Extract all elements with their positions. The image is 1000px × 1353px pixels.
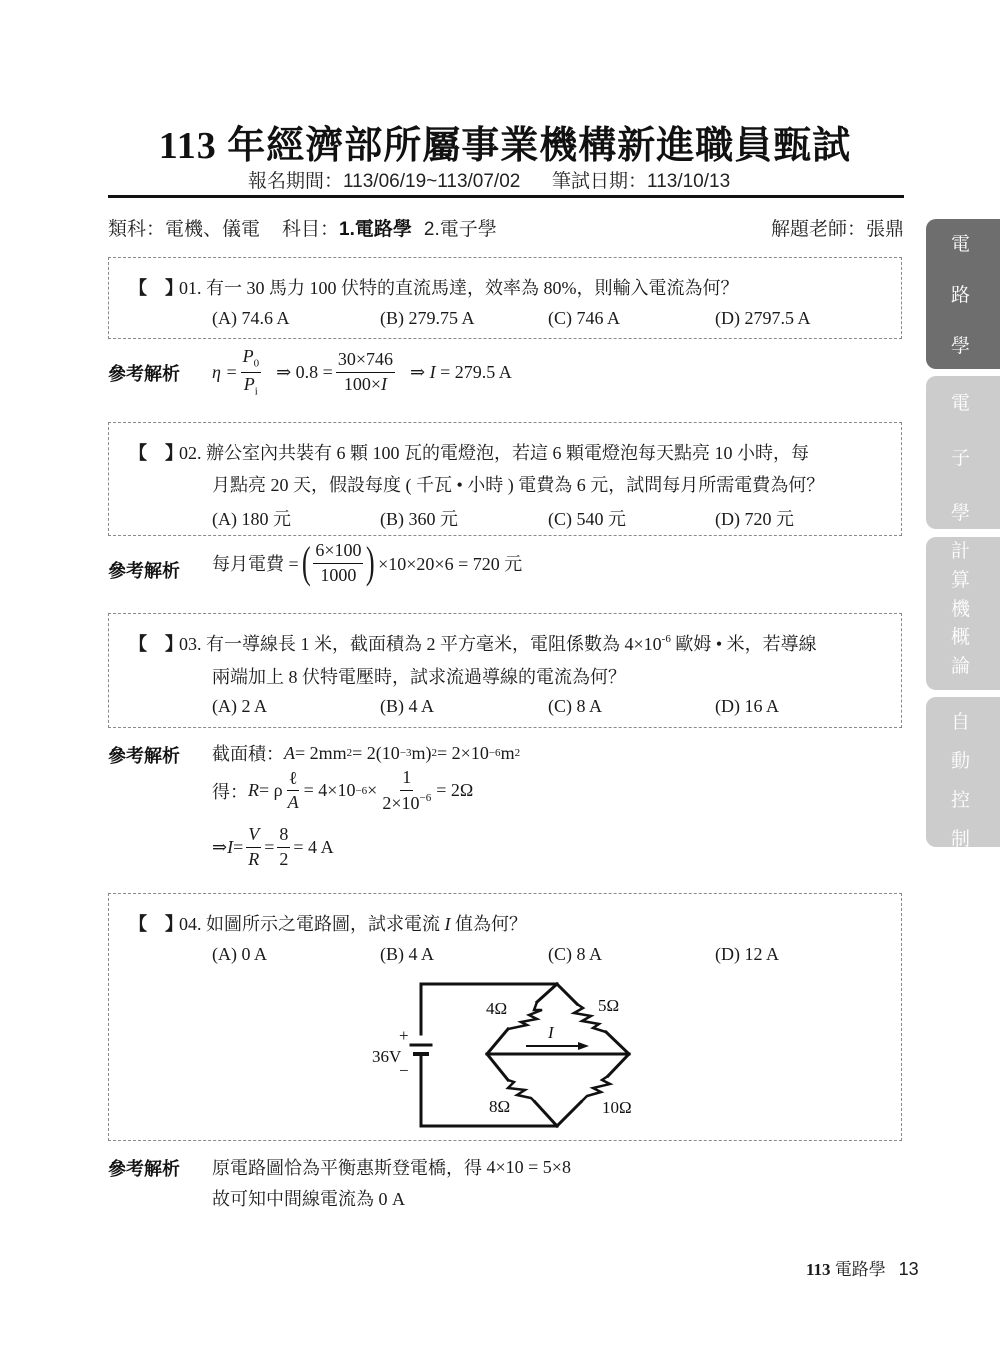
p0: P	[243, 346, 254, 366]
solution-01: η = P0Pi ⇒ 0.8 = 30×746100×I ⇒ I = 279.5…	[212, 346, 512, 399]
numerator: V	[248, 824, 259, 844]
var-r: R	[248, 780, 259, 801]
subject-2: 2.電子學	[424, 219, 497, 240]
solution-04-line2: 故可知中間線電流為 0 A	[212, 1185, 405, 1211]
t: = ρ	[259, 780, 283, 801]
option-b[interactable]: (B) 4 A	[380, 696, 434, 717]
t: = 2mm	[295, 743, 347, 764]
option-d[interactable]: (D) 2797.5 A	[715, 308, 811, 329]
question-text: 【 】01. 有一 30 馬力 100 伏特的直流馬達，效率為 80%，則輸入電…	[129, 274, 739, 300]
sub: i	[255, 385, 258, 397]
suffix: ×10×20×6 = 720 元	[378, 550, 522, 576]
option-c[interactable]: (C) 540 元	[548, 505, 626, 531]
wheatstone-bridge-circuit: 4Ω 5Ω 8Ω 10Ω I 36V + −	[361, 972, 651, 1132]
option-b[interactable]: (B) 4 A	[380, 944, 434, 965]
question-number: 03.	[179, 634, 202, 654]
t: m)	[412, 743, 432, 764]
result: = 2Ω	[436, 780, 473, 801]
tab-char: 論	[943, 656, 983, 679]
page-number: 13	[899, 1259, 919, 1279]
denominator: 2×10	[382, 793, 419, 813]
question-line: 辦公室內共裝有 6 顆 100 瓦的電燈泡，若這 6 顆電燈泡每天點亮 10 小…	[206, 443, 809, 463]
solution-label: 參考解析	[108, 742, 180, 768]
tab-char: 算	[943, 570, 983, 593]
option-c[interactable]: (C) 8 A	[548, 944, 602, 965]
tab-char: 機	[943, 599, 983, 622]
t: 故可知中間線電流為 0 A	[212, 1185, 405, 1211]
equation: 4×10 = 5×8	[487, 1157, 571, 1178]
resistor-8ohm	[508, 1080, 535, 1102]
solution-label: 參考解析	[108, 360, 180, 386]
right-paren: )	[366, 541, 375, 585]
exp: −6	[355, 785, 367, 797]
question-line: 有一導線長 1 米，截面積為 2 平方毫米，電阻係數為 4×10	[206, 634, 662, 654]
solution-04-line1: 原電路圖恰為平衡惠斯登電橋，得 4×10 = 5×8	[212, 1154, 571, 1180]
question-text: 【 】02. 辦公室內共裝有 6 顆 100 瓦的電燈泡，若這 6 顆電燈泡每天…	[129, 439, 809, 465]
exam-schedule: 報名期間：113/06/19~113/07/02 筆試日期：113/10/13	[248, 166, 730, 193]
exponent: -6	[662, 633, 671, 645]
tab-automatic-control[interactable]: 自 動 控 制	[926, 697, 1000, 847]
label-plus: +	[399, 1026, 409, 1045]
question-line: 值為何？	[455, 914, 527, 934]
denominator: R	[248, 849, 259, 869]
registration-label: 報名期間：	[248, 171, 343, 192]
question-line: 如圖所示之電路圖，試求電流	[206, 914, 440, 934]
question-line: 有一 30 馬力 100 伏特的直流馬達，效率為 80%，則輸入電流為何？	[206, 278, 739, 298]
t: =	[264, 837, 274, 858]
step2: ⇒ 0.8 =	[276, 362, 333, 383]
tab-char: 學	[943, 331, 983, 358]
fraction: ℓA	[286, 768, 301, 814]
option-c[interactable]: (C) 746 A	[548, 308, 620, 329]
category-subject: 類科：電機、儀電科目：1.電路學2.電子學	[108, 214, 497, 241]
tab-char: 概	[943, 627, 983, 650]
numerator: 1	[400, 767, 413, 791]
exam-date-label: 筆試日期：	[552, 171, 647, 192]
fraction: P0Pi	[241, 346, 262, 399]
option-b[interactable]: (B) 360 元	[380, 505, 458, 531]
t: = 2(10	[352, 743, 400, 764]
option-c[interactable]: (C) 8 A	[548, 696, 602, 717]
exp: −3	[400, 747, 412, 759]
footer-book: 113	[806, 1260, 831, 1279]
eta: η =	[212, 362, 238, 383]
denominator: A	[288, 792, 299, 812]
var-i: I	[445, 914, 451, 934]
sub: 0	[254, 358, 260, 370]
var-a: A	[284, 743, 295, 764]
t: = 4×10	[304, 780, 356, 801]
exp: −6	[419, 792, 431, 804]
tab-char: 電	[943, 229, 983, 256]
option-a[interactable]: (A) 2 A	[212, 696, 267, 717]
option-b[interactable]: (B) 279.75 A	[380, 308, 475, 329]
teacher-name: 張鼎	[866, 219, 904, 240]
header-rule	[108, 195, 904, 198]
question-box-04: 【 】04. 如圖所示之電路圖，試求電流 I 值為何？ (A) 0 A (B) …	[108, 893, 902, 1141]
option-a[interactable]: (A) 74.6 A	[212, 308, 290, 329]
answer-bracket: 【 】	[129, 910, 179, 936]
question-box-01: 【 】01. 有一 30 馬力 100 伏特的直流馬達，效率為 80%，則輸入電…	[108, 257, 902, 339]
solution-03-line2: 得： R = ρ ℓA = 4×10−6 × 12×10−6 = 2Ω	[212, 767, 473, 814]
answer-bracket: 【 】	[129, 630, 179, 656]
denominator: 1000	[318, 564, 358, 587]
fraction: 12×10−6	[380, 767, 433, 814]
t: 原電路圖恰為平衡惠斯登電橋，得	[212, 1154, 482, 1180]
t: ×	[367, 780, 377, 801]
solution-03-line3: ⇒ I = VR = 82 = 4 A	[212, 824, 334, 870]
label-5ohm: 5Ω	[598, 996, 619, 1015]
numerator: 8	[277, 824, 290, 848]
registration-period: 113/06/19~113/07/02	[343, 171, 520, 192]
tab-char: 自	[943, 707, 983, 734]
teacher-label: 解題老師：	[771, 219, 866, 240]
solution-label: 參考解析	[108, 557, 180, 583]
label: 截面積：	[212, 740, 284, 766]
solution-03-line1: 截面積： A = 2mm2 = 2(10−3m)2 = 2×10−6m2	[212, 740, 520, 766]
label-4ohm: 4Ω	[486, 999, 507, 1018]
answer-bracket: 【 】	[129, 439, 179, 465]
tab-char: 動	[943, 746, 983, 773]
den-var: I	[381, 374, 387, 394]
question-text: 【 】03. 有一導線長 1 米，截面積為 2 平方毫米，電阻係數為 4×10-…	[129, 630, 817, 656]
t: =	[233, 837, 243, 858]
exam-date: 113/10/13	[647, 171, 730, 192]
numerator: 30×746	[336, 349, 395, 373]
tab-circuits[interactable]: 電 路 學	[926, 219, 1000, 369]
tab-char: 路	[943, 280, 983, 307]
fraction: 82	[277, 824, 290, 870]
question-line: 月點亮 20 天，假設每度 ( 千瓦 • 小時 ) 電費為 6 元，試問每月所需…	[212, 471, 824, 497]
question-number: 01.	[179, 278, 202, 298]
label-10ohm: 10Ω	[602, 1098, 632, 1117]
label-minus: −	[399, 1061, 409, 1080]
footer-subject: 電路學	[835, 1260, 886, 1279]
denominator: 2	[277, 848, 290, 871]
tab-char: 計	[943, 541, 983, 564]
answer-bracket: 【 】	[129, 274, 179, 300]
pi: P	[244, 374, 255, 394]
implies: ⇒	[212, 837, 227, 858]
category: 電機、儀電	[165, 219, 260, 240]
t: = 2×10	[437, 743, 489, 764]
question-line: 歐姆 • 米，若導線	[671, 634, 817, 654]
left-paren: (	[302, 541, 311, 585]
tab-char: 制	[943, 824, 983, 851]
den: 100×	[344, 374, 381, 394]
option-a[interactable]: (A) 0 A	[212, 944, 267, 965]
numerator: ℓ	[287, 768, 300, 792]
exam-meta: 類科：電機、儀電科目：1.電路學2.電子學 解題老師：張鼎	[108, 214, 904, 241]
solution-02: 每月電費 = ( 6×1001000 ) ×10×20×6 = 720 元	[212, 540, 522, 586]
label-source: 36V	[372, 1047, 402, 1066]
option-d[interactable]: (D) 16 A	[715, 696, 779, 717]
t: m	[501, 743, 515, 764]
exp: 2	[515, 747, 521, 759]
tab-electronics[interactable]: 電 子 學	[926, 376, 1000, 529]
question-number: 02.	[179, 443, 202, 463]
category-label: 類科：	[108, 219, 165, 240]
implies: ⇒	[410, 362, 425, 383]
option-d[interactable]: (D) 720 元	[715, 505, 794, 531]
label-8ohm: 8Ω	[489, 1097, 510, 1116]
fraction: 30×746100×I	[336, 349, 395, 395]
page-footer: 113 電路學 13	[806, 1255, 919, 1280]
tab-char: 學	[943, 498, 983, 525]
tab-computer-intro[interactable]: 計 算 機 概 論	[926, 537, 1000, 690]
solution-label: 參考解析	[108, 1155, 180, 1181]
option-a[interactable]: (A) 180 元	[212, 505, 291, 531]
result: = 4 A	[293, 837, 333, 858]
result: = 279.5 A	[440, 362, 512, 383]
question-box-02: 【 】02. 辦公室內共裝有 6 顆 100 瓦的電燈泡，若這 6 顆電燈泡每天…	[108, 422, 902, 536]
question-number: 04.	[179, 914, 202, 934]
teacher: 解題老師：張鼎	[771, 214, 904, 241]
tab-char: 子	[943, 443, 983, 470]
question-line: 兩端加上 8 伏特電壓時，試求流過導線的電流為何？	[212, 663, 626, 689]
numerator: 6×100	[313, 540, 363, 564]
prefix: 每月電費 =	[212, 550, 299, 576]
var-i: I	[430, 362, 436, 383]
fraction: VR	[246, 824, 261, 870]
resistor-4ohm	[508, 1002, 542, 1029]
label: 得：	[212, 778, 248, 804]
tab-char: 控	[943, 785, 983, 812]
tab-char: 電	[943, 388, 983, 415]
question-text: 【 】04. 如圖所示之電路圖，試求電流 I 值為何？	[129, 910, 527, 936]
subject-label: 科目：	[282, 219, 339, 240]
page-title: 113 年經濟部所屬事業機構新進職員甄試	[0, 114, 1000, 169]
question-box-03: 【 】03. 有一導線長 1 米，截面積為 2 平方毫米，電阻係數為 4×10-…	[108, 613, 902, 728]
exp: −6	[489, 747, 501, 759]
fraction: 6×1001000	[313, 540, 363, 586]
label-current: I	[547, 1023, 555, 1042]
option-d[interactable]: (D) 12 A	[715, 944, 779, 965]
subject-1: 1.電路學	[339, 219, 412, 240]
